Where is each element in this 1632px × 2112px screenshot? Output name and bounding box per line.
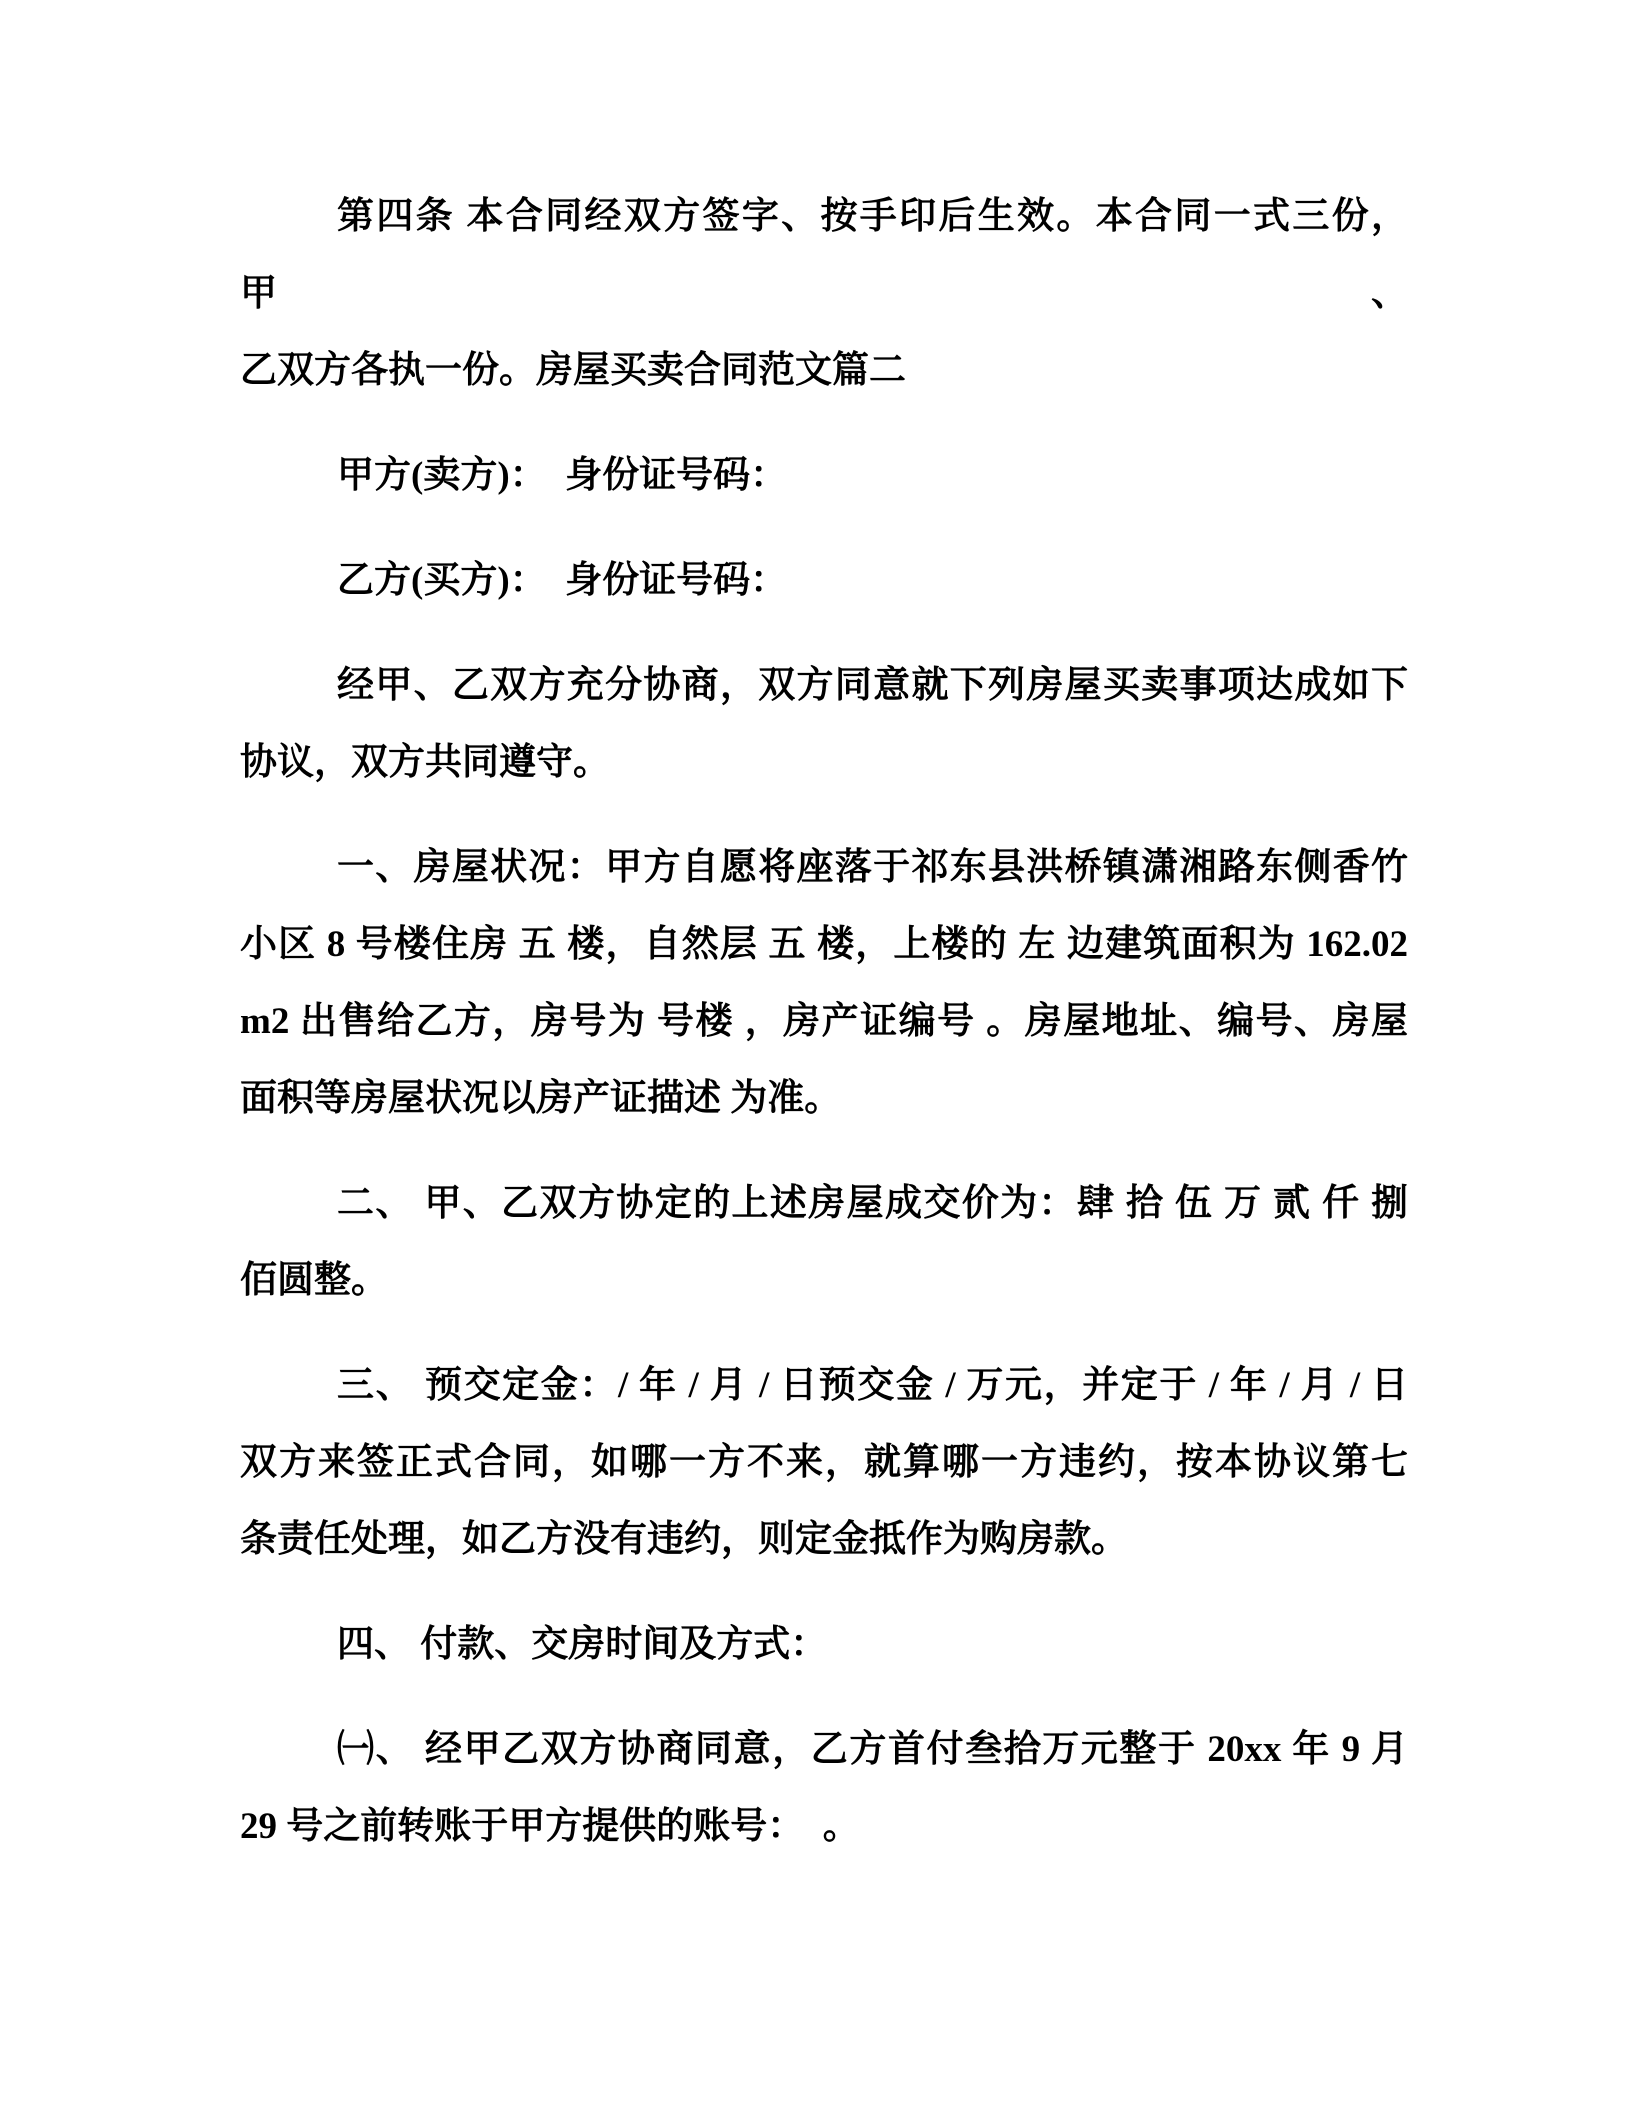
paragraph-preamble: 经甲、乙双方充分协商，双方同意就下列房屋买卖事项达成如下 协议，双方共同遵守。 <box>240 647 1408 801</box>
paragraph-line: 四、 付款、交房时间及方式： <box>240 1606 1408 1683</box>
paragraph-line: 乙方(买方)： 身份证号码： <box>240 542 1408 619</box>
paragraph-party-b: 乙方(买方)： 身份证号码： <box>240 542 1408 619</box>
paragraph-line: 条责任处理，如乙方没有违约，则定金抵作为购房款。 <box>240 1501 1408 1578</box>
paragraph-line: 协议，双方共同遵守。 <box>240 724 1408 801</box>
paragraph-line: 双方来签正式合同，如哪一方不来，就算哪一方违约，按本协议第七 <box>240 1424 1408 1501</box>
paragraph-article-3-deposit: 三、 预交定金：/ 年 / 月 / 日预交金 / 万元，并定于 / 年 / 月 … <box>240 1347 1408 1578</box>
paragraph-line: 面积等房屋状况以房产证描述 为准。 <box>240 1060 1408 1137</box>
paragraph-party-a: 甲方(卖方)： 身份证号码： <box>240 437 1408 514</box>
paragraph-line: 甲方(卖方)： 身份证号码： <box>240 437 1408 514</box>
paragraph-line: 佰圆整。 <box>240 1242 1408 1319</box>
paragraph-line: 乙双方各执一份。房屋买卖合同范文篇二 <box>240 332 1408 409</box>
paragraph-line: ㈠、 经甲乙双方协商同意，乙方首付叁拾万元整于 20xx 年 9 月 <box>240 1711 1408 1788</box>
paragraph-line: m2 出售给乙方，房号为 号楼 ，房产证编号 。房屋地址、编号、房屋 <box>240 983 1408 1060</box>
paragraph-line: 三、 预交定金：/ 年 / 月 / 日预交金 / 万元，并定于 / 年 / 月 … <box>240 1347 1408 1424</box>
paragraph-article-1-house-condition: 一、房屋状况：甲方自愿将座落于祁东县洪桥镇潇湘路东侧香竹 小区 8 号楼住房 五… <box>240 829 1408 1137</box>
paragraph-article-4-payment-heading: 四、 付款、交房时间及方式： <box>240 1606 1408 1683</box>
contract-page: 第四条 本合同经双方签字、按手印后生效。本合同一式三份，甲、 乙双方各执一份。房… <box>0 0 1632 2112</box>
paragraph-clause-four: 第四条 本合同经双方签字、按手印后生效。本合同一式三份，甲、 乙双方各执一份。房… <box>240 178 1408 409</box>
paragraph-line: 第四条 本合同经双方签字、按手印后生效。本合同一式三份，甲、 <box>240 178 1408 332</box>
paragraph-line: 29 号之前转账于甲方提供的账号： 。 <box>240 1788 1408 1865</box>
paragraph-article-2-price: 二、 甲、乙双方协定的上述房屋成交价为：肆 拾 伍 万 贰 仟 捌 佰圆整。 <box>240 1165 1408 1319</box>
paragraph-line: 二、 甲、乙双方协定的上述房屋成交价为：肆 拾 伍 万 贰 仟 捌 <box>240 1165 1408 1242</box>
paragraph-line: 一、房屋状况：甲方自愿将座落于祁东县洪桥镇潇湘路东侧香竹 <box>240 829 1408 906</box>
paragraph-line: 小区 8 号楼住房 五 楼，自然层 五 楼，上楼的 左 边建筑面积为 162.0… <box>240 906 1408 983</box>
paragraph-line: 经甲、乙双方充分协商，双方同意就下列房屋买卖事项达成如下 <box>240 647 1408 724</box>
paragraph-article-4-item-1: ㈠、 经甲乙双方协商同意，乙方首付叁拾万元整于 20xx 年 9 月 29 号之… <box>240 1711 1408 1865</box>
